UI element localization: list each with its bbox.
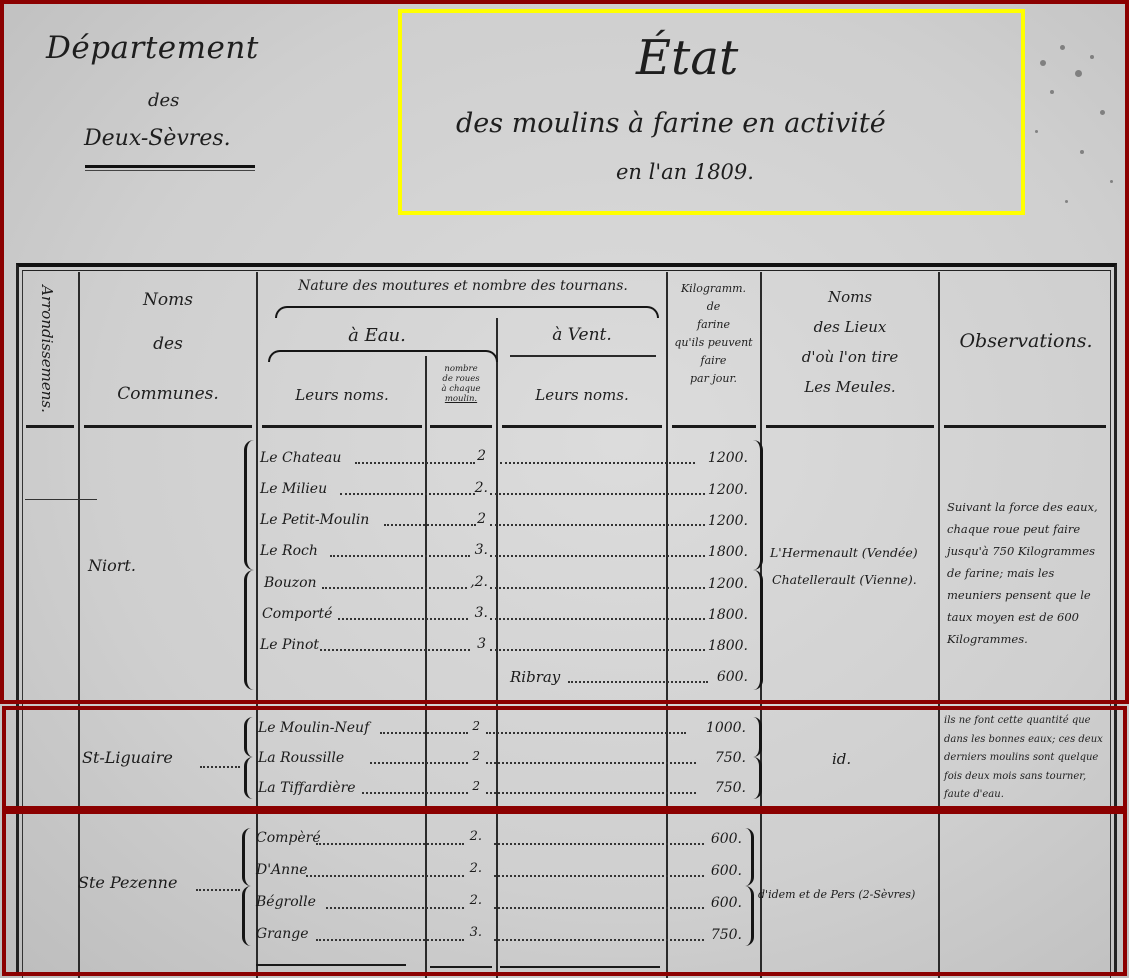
row-annotation-box-niort xyxy=(0,0,1129,704)
scanned-document-page: Département des Deux-Sèvres. État des mo… xyxy=(0,0,1129,978)
row-annotation-box-st-liguaire xyxy=(2,706,1127,810)
row-annotation-box-ste-pezenne xyxy=(2,810,1127,976)
